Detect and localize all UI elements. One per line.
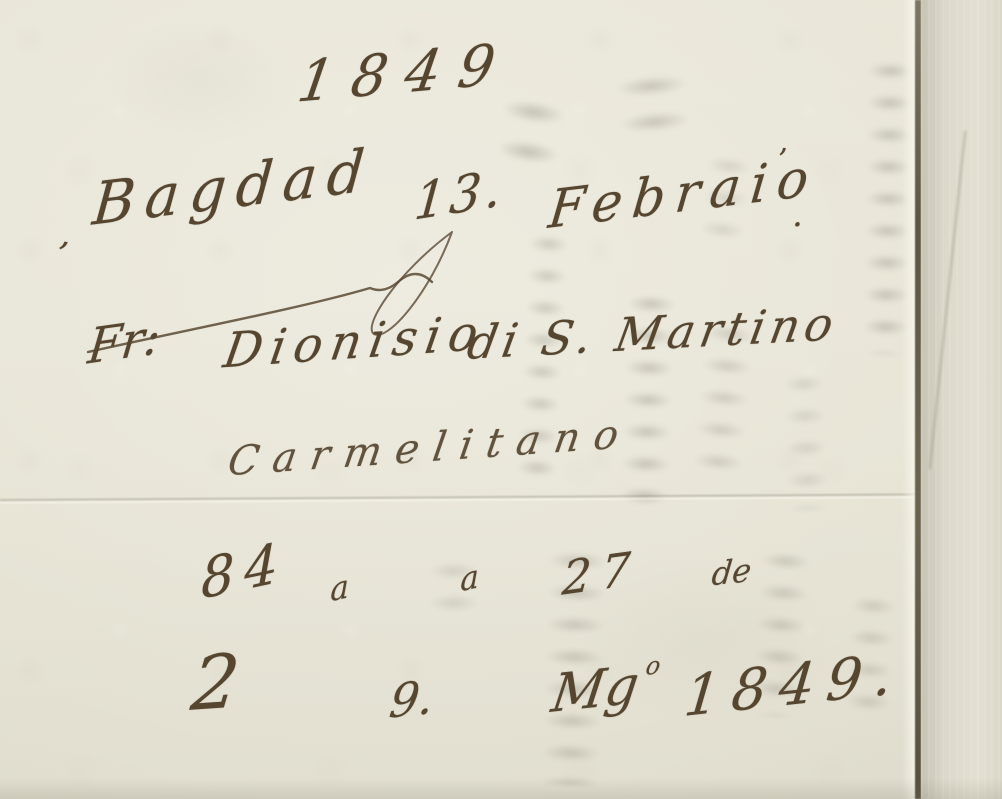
received-a2: a [460, 560, 479, 597]
ink-mark: . [792, 198, 803, 232]
reply-month-abbr: Mg [549, 659, 643, 721]
received-abbr: de [710, 554, 753, 591]
received-day: 27 [561, 544, 642, 602]
reply-day: 9. [387, 673, 437, 725]
received-a1: a [330, 570, 349, 607]
letter-scan: 1849 Bagdad 13. Febraio Fr: Dionisio di … [0, 0, 1002, 799]
sender-title: Fr: [86, 312, 163, 371]
adjacent-page-strip [921, 0, 1002, 799]
date-day: 13. [412, 162, 507, 228]
bleedthrough-mark [780, 367, 833, 511]
bleedthrough-mark [609, 65, 697, 144]
reply-mark: 2 [188, 644, 243, 722]
page-edge-highlight [902, 0, 916, 799]
bottom-shade [0, 778, 1002, 799]
ink-mark: ’ [778, 146, 788, 176]
